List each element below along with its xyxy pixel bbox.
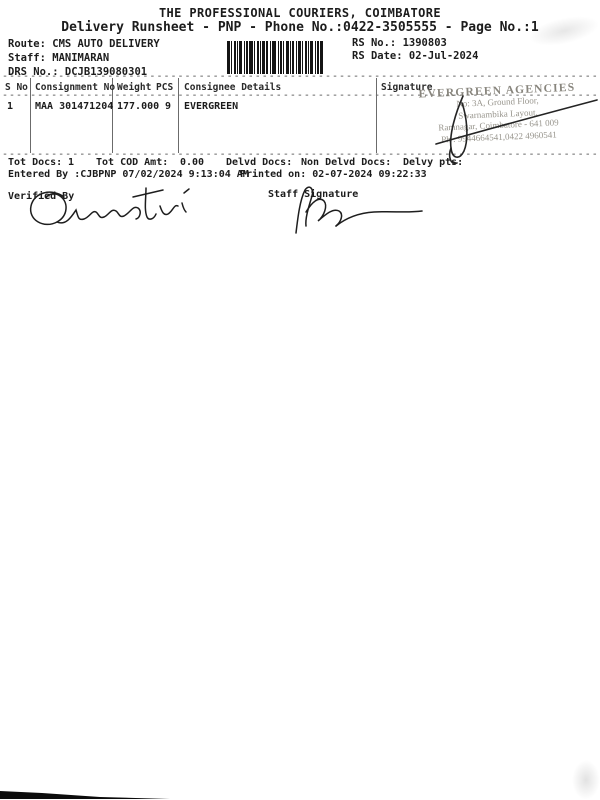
route-line: Route: CMS AUTO DELIVERY bbox=[8, 38, 160, 50]
rs-date-label: RS Date: bbox=[352, 50, 403, 62]
non-delvd-docs-label: Non Delvd Docs: bbox=[301, 157, 391, 168]
staff-signature-label: Staff Signature bbox=[268, 189, 358, 200]
row-weight: 177.000 bbox=[117, 101, 159, 112]
tot-cod-value: 0.00 bbox=[180, 157, 204, 168]
delvy-pts-label: Delvy pts: bbox=[403, 157, 463, 168]
rs-barcode bbox=[227, 41, 324, 74]
scan-artifact-bottom-left bbox=[0, 791, 170, 799]
tot-docs-label: Tot Docs: bbox=[8, 157, 62, 168]
delvd-docs-label: Delvd Docs: bbox=[226, 157, 292, 168]
dashed-separator: ----------------------------------------… bbox=[2, 152, 598, 158]
row-consignment: MAA 301471204 bbox=[35, 101, 113, 112]
tot-cod-label: Tot COD Amt: bbox=[96, 157, 168, 168]
table-column-divider bbox=[376, 78, 377, 153]
col-header-consignment: Consignment No bbox=[35, 82, 115, 93]
consignee-rubber-stamp: EVERGREEN AGENCIES No: 3A, Ground Floor,… bbox=[392, 80, 600, 147]
table-column-divider bbox=[178, 78, 179, 153]
rs-date-value: 02-Jul-2024 bbox=[409, 50, 479, 62]
staff-line: Staff: MANIMARAN bbox=[8, 52, 109, 64]
route-value: CMS AUTO DELIVERY bbox=[52, 38, 159, 50]
verified-by-label: Verified By bbox=[8, 191, 74, 202]
row-pcs: 9 bbox=[165, 101, 171, 112]
row-consignee: EVERGREEN bbox=[184, 101, 238, 112]
runsheet-title: Delivery Runsheet - PNP - Phone No.:0422… bbox=[0, 20, 600, 35]
table-column-divider bbox=[30, 78, 31, 153]
rs-date-line: RS Date: 02-Jul-2024 bbox=[352, 50, 478, 62]
rs-no-line: RS No.: 1390803 bbox=[352, 37, 447, 49]
rs-no-value: 1390803 bbox=[403, 37, 447, 49]
printed-on-line: Printed on: 02-07-2024 09:22:33 bbox=[240, 169, 427, 180]
scan-smudge bbox=[572, 760, 600, 800]
rs-no-label: RS No.: bbox=[352, 37, 396, 49]
col-header-sno: S No bbox=[5, 82, 28, 93]
staff-label: Staff: bbox=[8, 52, 46, 64]
dashed-separator: ----------------------------------------… bbox=[2, 74, 598, 80]
company-title: THE PROFESSIONAL COURIERS, COIMBATORE bbox=[0, 6, 600, 20]
delivery-runsheet-page: THE PROFESSIONAL COURIERS, COIMBATORE De… bbox=[0, 0, 600, 800]
entered-by-line: Entered By :CJBPNP 07/02/2024 9:13:04 AM bbox=[8, 169, 249, 180]
staff-value: MANIMARAN bbox=[52, 52, 109, 64]
tot-docs-value: 1 bbox=[68, 157, 74, 168]
col-header-pcs: PCS bbox=[156, 82, 173, 93]
col-header-consignee: Consignee Details bbox=[184, 82, 281, 93]
route-label: Route: bbox=[8, 38, 46, 50]
row-sno: 1 bbox=[7, 101, 13, 112]
col-header-weight: Weight bbox=[117, 82, 151, 93]
